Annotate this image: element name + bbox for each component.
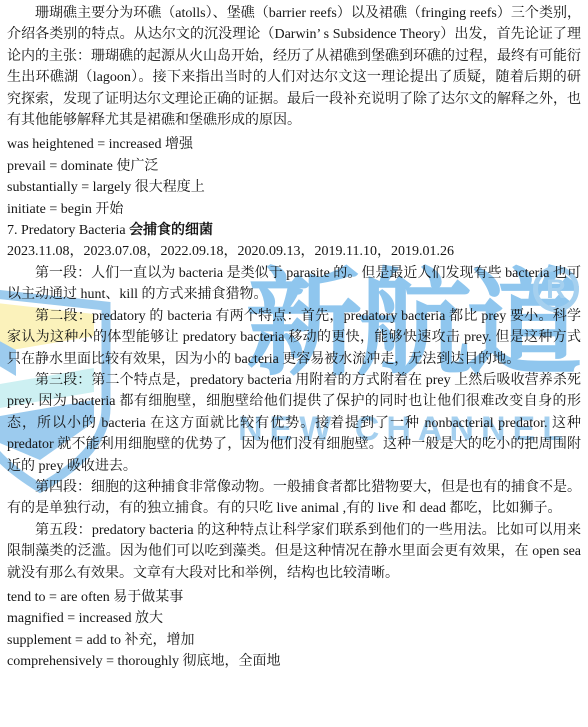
exam-dates: 2023.11.08，2023.07.08，2022.09.18，2020.09… xyxy=(7,241,581,262)
vocab-line: initiate = begin 开始 xyxy=(7,199,581,220)
vocab-list-top: was heightened = increased 增强 prevail = … xyxy=(7,134,581,220)
vocab-line: tend to = are often 易于做某事 xyxy=(7,587,581,608)
paragraph-1: 第一段：人们一直以为 bacteria 是类似于 parasite 的。但是最近… xyxy=(7,263,581,306)
paragraph-4: 第四段：细胞的这种捕食非常像动物。一般捕食者都比猎物要大，但是也有的捕食不是。有… xyxy=(7,477,581,520)
paragraph-3: 第三段：第二个特点是，predatory bacteria 用附着的方式附着在 … xyxy=(7,370,581,477)
vocab-line: comprehensively = thoroughly 彻底地，全面地 xyxy=(7,651,581,672)
vocab-list-bottom: tend to = are often 易于做某事 magnified = in… xyxy=(7,587,581,673)
paragraph-5: 第五段：predatory bacteria 的这种特点让科学家们联系到他们的一… xyxy=(7,520,581,584)
vocab-line: magnified = increased 放大 xyxy=(7,608,581,629)
paragraph-2: 第二段：predatory 的 bacteria 有两个特点：首先，predat… xyxy=(7,306,581,370)
article-heading-english: 7. Predatory Bacteria xyxy=(7,223,129,238)
vocab-line: was heightened = increased 增强 xyxy=(7,134,581,155)
document-content: 珊瑚礁主要分为环礁（atolls）、堡礁（barrier reefs）以及裙礁（… xyxy=(0,0,588,673)
vocab-line: substantially = largely 很大程度上 xyxy=(7,177,581,198)
article-heading-chinese: 会捕食的细菌 xyxy=(129,223,213,238)
document-page: { "document": { "coral_summary": "珊瑚礁主要分… xyxy=(0,0,588,727)
vocab-line: prevail = dominate 使广泛 xyxy=(7,156,581,177)
article-heading: 7. Predatory Bacteria 会捕食的细菌 xyxy=(7,220,581,241)
coral-reef-summary-paragraph: 珊瑚礁主要分为环礁（atolls）、堡礁（barrier reefs）以及裙礁（… xyxy=(7,3,581,131)
vocab-line: supplement = add to 补充，增加 xyxy=(7,630,581,651)
